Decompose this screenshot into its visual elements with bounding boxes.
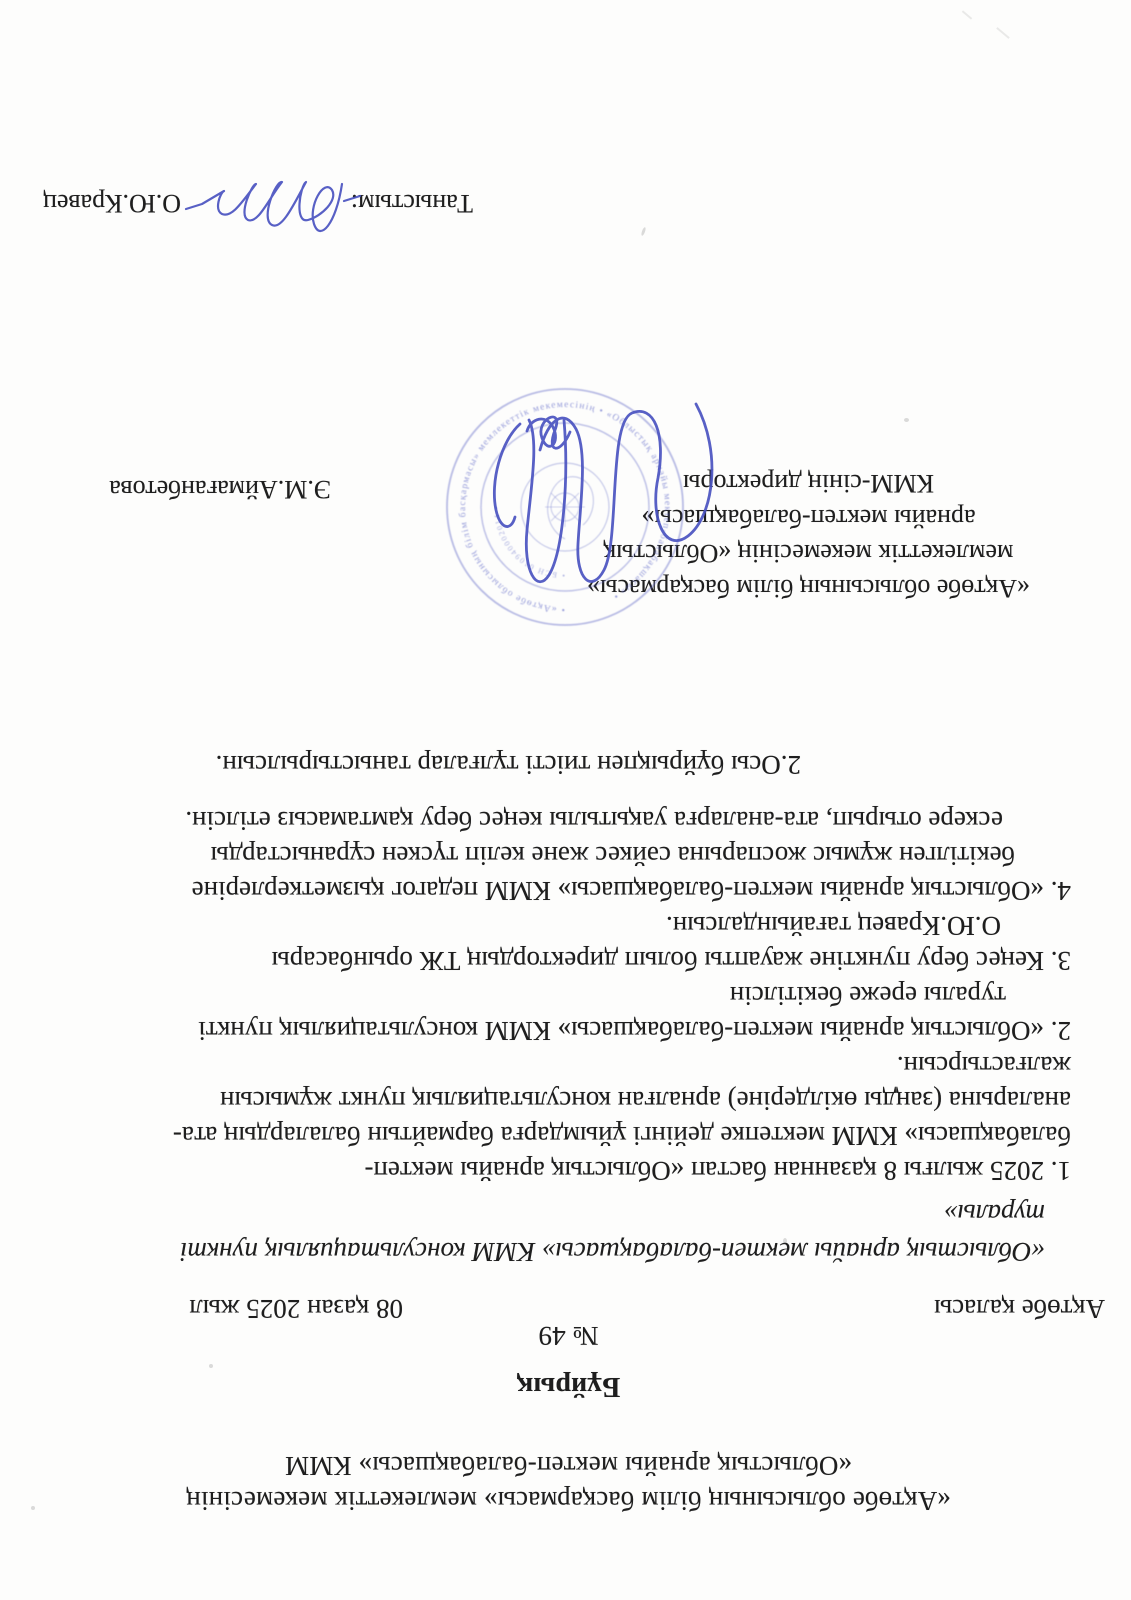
org-header-line2: «Облыстық арнайы мектеп-балабақшасы» КММ	[36, 1450, 1101, 1481]
order-city: Ақтөбе қаласы	[934, 1293, 1105, 1324]
scan-scratch	[996, 27, 1010, 39]
subject-line1: «Облыстық арнайы мектеп-балабақшасы» КММ…	[180, 1236, 1045, 1267]
final-clause: 2.Осы бұйрықпен тиісті тұлғалар таныстыр…	[216, 749, 801, 780]
item2-line1: 2. «Облыстық арнайы мектеп-балабақшасы» …	[61, 1013, 1071, 1048]
reviewer-name: О.Ю.Кравец	[43, 188, 181, 218]
order-title: Бұйрық	[36, 1370, 1101, 1402]
item1-line1: 1. 2025 жылғы 8 қазаннан бастап «Облысты…	[61, 1153, 1071, 1188]
order-number: № 49	[36, 1320, 1101, 1351]
scan-speck	[209, 1364, 213, 1368]
item4-line3: ескере отырып, ата-аналарға уақытылы кең…	[61, 803, 1071, 838]
director-name: Э.М.Аймағанбетова	[109, 474, 331, 504]
scan-speck	[783, 1238, 787, 1244]
scanned-order-page: «Ақтөбе облысының білім басқармасы» мемл…	[0, 0, 1131, 1600]
scan-scratch	[962, 10, 972, 19]
org-header-line1: «Ақтөбе облысының білім басқармасы» мемл…	[36, 1485, 1101, 1516]
director-signature	[396, 392, 716, 602]
reviewer-signature	[176, 164, 366, 264]
document-sheet: «Ақтөбе облысының білім басқармасы» мемл…	[0, 0, 1131, 1600]
item1-line3: аналарына (заңды өкілдеріне) арналған ко…	[61, 1083, 1071, 1118]
scan-speck	[641, 227, 647, 236]
item1-line2: балабақшасы» КММ мектепке дейінгі ұйымда…	[61, 1118, 1071, 1153]
item2-line2: туралы ереже бекітілсін	[61, 978, 1071, 1013]
scan-speck	[904, 418, 909, 422]
item4-line1: 4. «Облыстық арнайы мектеп-балабақшасы» …	[61, 873, 1071, 908]
item1-line4: жалғастырсын.	[61, 1048, 1071, 1083]
item3-line1: 3. Кеңес беру пунктіне жауапты болып дир…	[61, 943, 1071, 978]
item3-line2: О.Ю.Кравец тағайындалсын.	[61, 908, 1071, 943]
order-items: 1. 2025 жылғы 8 қазаннан бастап «Облысты…	[61, 803, 1071, 1188]
item4-line2: бекітілген жұмыс жоспарына сәйкес және к…	[61, 838, 1071, 873]
subject-line2: туралы»	[944, 1198, 1045, 1229]
order-date: 08 қазан 2025 жыл	[189, 1293, 403, 1324]
scan-speck	[31, 1506, 35, 1510]
acknowledgement-label: Таныстым:	[351, 188, 473, 218]
